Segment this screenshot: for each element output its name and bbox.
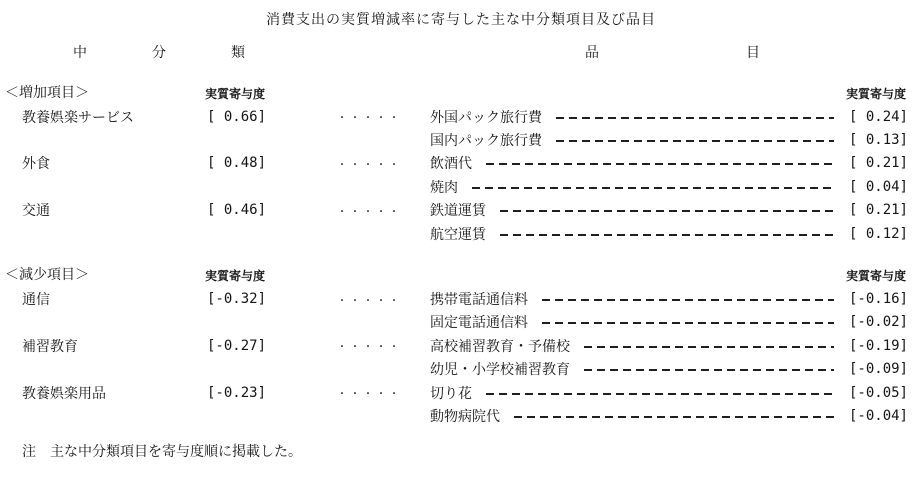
item-label: 固定電話通信料 [430,312,528,332]
item-contribution-value: [ 0.21] [844,202,908,218]
item-label: 飲酒代 [430,153,472,173]
dash-leader [486,163,834,165]
dash-leader [542,299,834,301]
category-contribution-value: [-0.23] [185,385,310,401]
item-contribution-value: [-0.19] [844,338,908,354]
connector-dots: ・・・・・ [310,109,430,124]
dash-leader [542,322,834,324]
item-contribution-value: [ 0.12] [844,226,908,242]
item-label: 国内パック旅行費 [430,130,542,150]
dash-leader [584,346,834,348]
document-page: 消費支出の実質増減率に寄与した主な中分類項目及び品目 中分類 品目 ＜増加項目＞… [0,0,922,485]
section-label: ＜増加項目＞ [5,82,89,102]
item-contribution-value: [ 0.21] [844,155,908,171]
table-row: 動物病院代 [-0.04] [0,404,922,427]
column-header-chubunrui: 中分類 [73,42,310,62]
table-row: 焼肉 [ 0.04] [0,175,922,198]
connector-dots: ・・・・・ [310,292,430,307]
category-contribution-value: [ 0.46] [185,202,310,218]
dash-leader [486,393,834,395]
connector-dots: ・・・・・ [310,203,430,218]
dash-leader [556,117,834,119]
item-label: 動物病院代 [430,406,500,426]
footnote: 注 主な中分類項目を寄与度順に掲載した。 [0,441,922,461]
item-label: 切り花 [430,383,472,403]
item-contribution-value: [-0.09] [844,361,908,377]
table-row: 教養娯楽用品 [-0.23] ・・・・・ 切り花 [-0.05] [0,381,922,404]
table-row: 外食 [ 0.48] ・・・・・ 飲酒代 [ 0.21] [0,152,922,175]
dash-leader [500,210,834,212]
category-label: 通信 [0,289,185,309]
dash-leader [584,369,834,371]
table-row: 航空運賃 [ 0.12] [0,222,922,245]
contribution-header-right: 実質寄与度 [846,267,906,284]
category-contribution-value: [ 0.66] [185,109,310,125]
category-contribution-value: [ 0.48] [185,155,310,171]
category-contribution-value: [-0.27] [185,338,310,354]
item-contribution-value: [-0.16] [844,291,908,307]
column-header-hinmoku: 品目 [585,42,907,62]
category-contribution-value: [-0.32] [185,291,310,307]
item-label: 外国パック旅行費 [430,107,542,127]
category-label: 補習教育 [0,336,185,356]
table-row: 固定電話通信料 [-0.02] [0,311,922,334]
item-contribution-value: [ 0.04] [844,179,908,195]
item-contribution-value: [ 0.24] [844,109,908,125]
dash-leader [556,140,834,142]
category-label: 外食 [0,153,185,173]
table-row: 補習教育 [-0.27] ・・・・・ 高校補習教育・予備校 [-0.19] [0,334,922,357]
connector-dots: ・・・・・ [310,385,430,400]
dash-leader [472,187,834,189]
item-label: 高校補習教育・予備校 [430,336,570,356]
category-label: 教養娯楽用品 [0,383,185,403]
item-label: 航空運賃 [430,224,486,244]
dash-leader [500,234,834,236]
item-contribution-value: [ 0.13] [844,132,908,148]
contribution-header-right: 実質寄与度 [846,85,906,102]
contribution-header-left: 実質寄与度 [205,267,265,284]
dash-leader [514,416,834,418]
table-row: 幼児・小学校補習教育 [-0.09] [0,358,922,381]
item-contribution-value: [-0.05] [844,385,908,401]
item-label: 幼児・小学校補習教育 [430,359,570,379]
connector-dots: ・・・・・ [310,156,430,171]
section-increase: ＜増加項目＞ 実質寄与度 実質寄与度 教養娯楽サービス [ 0.66] ・・・・… [0,82,922,245]
item-label: 携帯電話通信料 [430,289,528,309]
page-title: 消費支出の実質増減率に寄与した主な中分類項目及び品目 [0,0,922,29]
category-label: 交通 [0,200,185,220]
section-decrease: ＜減少項目＞ 実質寄与度 実質寄与度 通信 [-0.32] ・・・・・ 携帯電話… [0,264,922,427]
category-label: 教養娯楽サービス [0,107,185,127]
table-row: 交通 [ 0.46] ・・・・・ 鉄道運賃 [ 0.21] [0,199,922,222]
item-contribution-value: [-0.04] [844,408,908,424]
table-row: 教養娯楽サービス [ 0.66] ・・・・・ 外国パック旅行費 [ 0.24] [0,105,922,128]
item-contribution-value: [-0.02] [844,314,908,330]
item-label: 鉄道運賃 [430,200,486,220]
item-label: 焼肉 [430,177,458,197]
section-label: ＜減少項目＞ [5,264,89,284]
section-header: ＜増加項目＞ 実質寄与度 実質寄与度 [0,82,922,105]
connector-dots: ・・・・・ [310,338,430,353]
section-header: ＜減少項目＞ 実質寄与度 実質寄与度 [0,264,922,287]
table-row: 通信 [-0.32] ・・・・・ 携帯電話通信料 [-0.16] [0,287,922,310]
column-header-row: 中分類 品目 [0,42,922,59]
contribution-header-left: 実質寄与度 [205,85,265,102]
table-row: 国内パック旅行費 [ 0.13] [0,128,922,151]
